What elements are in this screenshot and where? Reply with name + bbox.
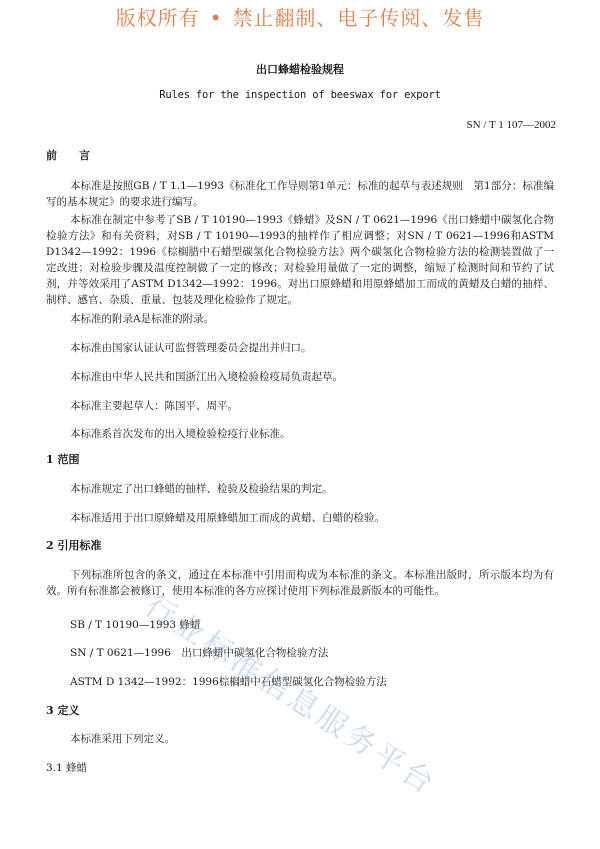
reference-item: SN / T 0621—1996 出口蜂蜡中碳氢化合物检验方法 xyxy=(70,645,328,661)
definition-subheading: 3.1 蜂蜡 xyxy=(46,760,87,776)
foreword-paragraph: 本标准系首次发布的出入境检验检疫行业标准。 xyxy=(46,426,554,442)
standard-code: SN / T 1 107—2002 xyxy=(467,117,556,133)
foreword-paragraph: 本标准由中华人民共和国浙江出入境检验检疫局负责起草。 xyxy=(46,369,554,385)
watermark: 行业标准信息服务平台 xyxy=(138,582,447,804)
bullet-separator: • xyxy=(210,6,223,30)
copyright-banner-left: 版权所有 xyxy=(116,6,200,30)
scope-paragraph: 本标准规定了出口蜂蜡的抽样、检验及检验结果的判定。 xyxy=(46,481,554,497)
foreword-heading-left: 前 xyxy=(46,148,57,164)
foreword-paragraph: 本标准由国家认证认可监督管理委员会提出并归口。 xyxy=(46,340,554,356)
copyright-banner: 版权所有•禁止翻制、电子传阅、发售 xyxy=(0,4,600,32)
references-intro: 下列标准所包含的条文，通过在本标准中引用而构成为本标准的条文。本标准出版时，所示… xyxy=(46,567,554,599)
section-definitions-heading: 3 定义 xyxy=(46,703,79,719)
definitions-intro: 本标准采用下列定义。 xyxy=(46,731,554,747)
reference-item: ASTM D 1342—1992：1996棕榈蜡中石蜡型碳氢化合物检验方法 xyxy=(70,674,387,690)
section-references-heading: 2 引用标准 xyxy=(46,538,101,554)
foreword-paragraph: 本标准在制定中参考了SB / T 10190—1993《蜂蜡》及SN / T 0… xyxy=(46,212,554,308)
document-title: 出口蜂蜡检验规程 xyxy=(0,62,600,78)
document-subtitle: Rules for the inspection of beeswax for … xyxy=(0,87,600,103)
section-scope-heading: 1 范围 xyxy=(46,452,79,468)
foreword-paragraph: 本标准的附录A是标准的附录。 xyxy=(46,311,554,327)
foreword-heading: 前言 xyxy=(46,148,90,164)
foreword-paragraph: 本标准主要起草人：陈国平、周平。 xyxy=(46,398,554,414)
reference-item: SB / T 10190—1993 蜂蜡 xyxy=(70,617,200,633)
foreword-paragraph: 本标准是按照GB / T 1.1—1993《标准化工作导则第1单元：标准的起草与… xyxy=(46,178,554,210)
copyright-banner-right: 禁止翻制、电子传阅、发售 xyxy=(232,6,484,30)
foreword-heading-right: 言 xyxy=(79,148,90,164)
scope-paragraph: 本标准适用于出口原蜂蜡及用原蜂蜡加工而成的黄蜡、白蜡的检验。 xyxy=(46,510,554,526)
